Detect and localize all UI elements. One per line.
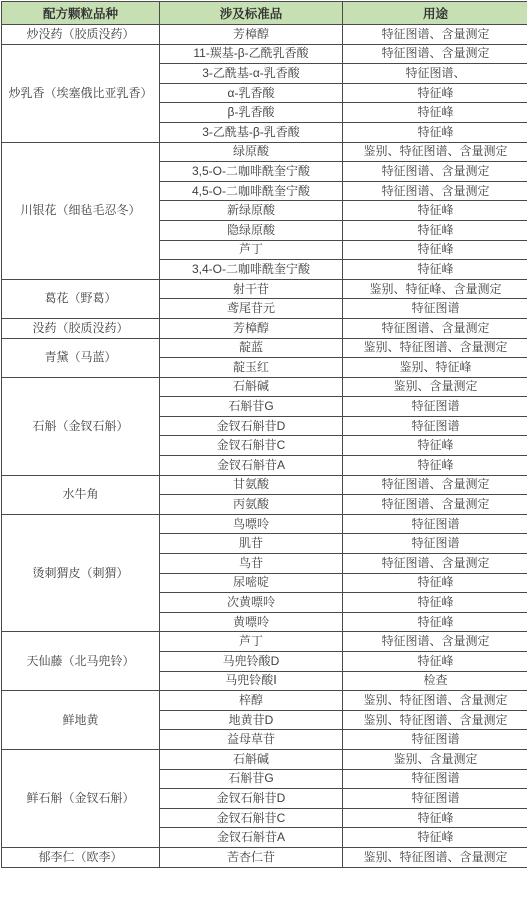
standard-cell: 金钗石斛苷D bbox=[160, 416, 343, 436]
standard-cell: 芳樟醇 bbox=[160, 25, 343, 45]
standard-cell: 4,5-O-二咖啡酰奎宁酸 bbox=[160, 181, 343, 201]
table-row: 鲜石斛（金钗石斛）石斛碱鉴别、含量测定 bbox=[2, 749, 527, 769]
standard-cell: 芦丁 bbox=[160, 240, 343, 260]
standard-cell: 3,4-O-二咖啡酰奎宁酸 bbox=[160, 260, 343, 280]
usage-cell: 特征峰 bbox=[343, 456, 527, 476]
usage-cell: 特征图谱、含量测定 bbox=[343, 162, 527, 182]
standard-cell: 石斛碱 bbox=[160, 749, 343, 769]
standard-cell: 地黄苷D bbox=[160, 710, 343, 730]
standard-cell: 金钗石斛苷D bbox=[160, 789, 343, 809]
column-header-variety: 配方颗粒品种 bbox=[2, 2, 160, 25]
usage-cell: 特征峰 bbox=[343, 201, 527, 221]
standard-cell: 金钗石斛苷C bbox=[160, 436, 343, 456]
standard-cell: 石斛苷G bbox=[160, 397, 343, 417]
page: 配方颗粒品种 涉及标准品 用途 炒没药（胶质没药）芳樟醇特征图谱、含量测定炒乳香… bbox=[0, 0, 527, 912]
standard-cell: 石斛苷G bbox=[160, 769, 343, 789]
table-row: 天仙藤（北马兜铃）芦丁特征图谱、含量测定 bbox=[2, 632, 527, 652]
variety-cell: 葛花（野葛） bbox=[2, 279, 160, 318]
table-row: 葛花（野葛）射干苷鉴别、特征峰、含量测定 bbox=[2, 279, 527, 299]
usage-cell: 特征图谱 bbox=[343, 769, 527, 789]
standard-cell: 苦杏仁苷 bbox=[160, 847, 343, 867]
usage-cell: 特征图谱 bbox=[343, 397, 527, 417]
standard-cell: 黄嘌呤 bbox=[160, 612, 343, 632]
table-header: 配方颗粒品种 涉及标准品 用途 bbox=[2, 2, 527, 25]
standard-cell: 益母草苷 bbox=[160, 730, 343, 750]
variety-cell: 炒没药（胶质没药） bbox=[2, 25, 160, 45]
standard-cell: 甘氨酸 bbox=[160, 475, 343, 495]
table-row: 水牛角甘氨酸特征图谱、含量测定 bbox=[2, 475, 527, 495]
standard-cell: 梓醇 bbox=[160, 691, 343, 711]
usage-cell: 检查 bbox=[343, 671, 527, 691]
usage-cell: 鉴别、含量测定 bbox=[343, 377, 527, 397]
usage-cell: 特征峰 bbox=[343, 103, 527, 123]
usage-cell: 特征峰 bbox=[343, 240, 527, 260]
column-header-usage: 用途 bbox=[343, 2, 527, 25]
standard-cell: 鸢尾苷元 bbox=[160, 299, 343, 319]
usage-cell: 特征图谱、含量测定 bbox=[343, 44, 527, 64]
standard-cell: 射干苷 bbox=[160, 279, 343, 299]
table-row: 没药（胶质没药）芳樟醇特征图谱、含量测定 bbox=[2, 318, 527, 338]
variety-cell: 郁李仁（欧李） bbox=[2, 847, 160, 867]
table-row: 炒乳香（埃塞俄比亚乳香）11-羰基-β-乙酰乳香酸特征图谱、含量测定 bbox=[2, 44, 527, 64]
standard-cell: β-乳香酸 bbox=[160, 103, 343, 123]
variety-cell: 鲜石斛（金钗石斛） bbox=[2, 749, 160, 847]
table-row: 鲜地黄梓醇鉴别、特征图谱、含量测定 bbox=[2, 691, 527, 711]
standard-cell: 石斛碱 bbox=[160, 377, 343, 397]
standard-cell: 芳樟醇 bbox=[160, 318, 343, 338]
variety-cell: 石斛（金钗石斛） bbox=[2, 377, 160, 475]
variety-cell: 水牛角 bbox=[2, 475, 160, 514]
variety-cell: 鲜地黄 bbox=[2, 691, 160, 750]
usage-cell: 鉴别、特征图谱、含量测定 bbox=[343, 142, 527, 162]
table-row: 川银花（细毡毛忍冬）绿原酸鉴别、特征图谱、含量测定 bbox=[2, 142, 527, 162]
standard-cell: 3-乙酰基-β-乳香酸 bbox=[160, 122, 343, 142]
standard-cell: 11-羰基-β-乙酰乳香酸 bbox=[160, 44, 343, 64]
standard-cell: 靛玉红 bbox=[160, 358, 343, 378]
usage-cell: 特征图谱 bbox=[343, 299, 527, 319]
usage-cell: 特征峰 bbox=[343, 260, 527, 280]
usage-cell: 特征图谱、含量测定 bbox=[343, 25, 527, 45]
standard-cell: 3-乙酰基-α-乳香酸 bbox=[160, 64, 343, 84]
variety-cell: 天仙藤（北马兜铃） bbox=[2, 632, 160, 691]
usage-cell: 特征峰 bbox=[343, 828, 527, 848]
table-body: 炒没药（胶质没药）芳樟醇特征图谱、含量测定炒乳香（埃塞俄比亚乳香）11-羰基-β… bbox=[2, 25, 527, 868]
variety-cell: 没药（胶质没药） bbox=[2, 318, 160, 338]
variety-cell: 青黛（马蓝） bbox=[2, 338, 160, 377]
table-row: 炒没药（胶质没药）芳樟醇特征图谱、含量测定 bbox=[2, 25, 527, 45]
standard-cell: 鸟嘌呤 bbox=[160, 514, 343, 534]
standard-cell: 芦丁 bbox=[160, 632, 343, 652]
column-header-standard: 涉及标准品 bbox=[160, 2, 343, 25]
usage-cell: 特征图谱、含量测定 bbox=[343, 181, 527, 201]
usage-cell: 特征图谱、含量测定 bbox=[343, 632, 527, 652]
standard-cell: 肌苷 bbox=[160, 534, 343, 554]
usage-cell: 鉴别、特征图谱、含量测定 bbox=[343, 691, 527, 711]
standard-cell: 鸟苷 bbox=[160, 554, 343, 574]
usage-cell: 特征图谱 bbox=[343, 789, 527, 809]
standard-cell: 靛蓝 bbox=[160, 338, 343, 358]
standard-cell: 金钗石斛苷A bbox=[160, 456, 343, 476]
table-row: 郁李仁（欧李）苦杏仁苷鉴别、特征图谱、含量测定 bbox=[2, 847, 527, 867]
table-row: 青黛（马蓝）靛蓝鉴别、特征图谱、含量测定 bbox=[2, 338, 527, 358]
usage-cell: 特征峰 bbox=[343, 808, 527, 828]
usage-cell: 特征图谱 bbox=[343, 534, 527, 554]
usage-cell: 鉴别、特征图谱、含量测定 bbox=[343, 710, 527, 730]
usage-cell: 特征峰 bbox=[343, 612, 527, 632]
standard-cell: 新绿原酸 bbox=[160, 201, 343, 221]
standard-cell: 金钗石斛苷A bbox=[160, 828, 343, 848]
usage-cell: 鉴别、含量测定 bbox=[343, 749, 527, 769]
variety-cell: 烫刺猬皮（刺猬） bbox=[2, 514, 160, 632]
standards-table: 配方颗粒品种 涉及标准品 用途 炒没药（胶质没药）芳樟醇特征图谱、含量测定炒乳香… bbox=[1, 1, 527, 868]
usage-cell: 特征峰 bbox=[343, 122, 527, 142]
standard-cell: 隐绿原酸 bbox=[160, 220, 343, 240]
variety-cell: 川银花（细毡毛忍冬） bbox=[2, 142, 160, 279]
standard-cell: 丙氨酸 bbox=[160, 495, 343, 515]
standard-cell: 3,5-O-二咖啡酰奎宁酸 bbox=[160, 162, 343, 182]
usage-cell: 特征峰 bbox=[343, 220, 527, 240]
usage-cell: 特征峰 bbox=[343, 83, 527, 103]
usage-cell: 特征峰 bbox=[343, 573, 527, 593]
standard-cell: 尿嘧啶 bbox=[160, 573, 343, 593]
usage-cell: 特征图谱 bbox=[343, 730, 527, 750]
usage-cell: 鉴别、特征峰 bbox=[343, 358, 527, 378]
usage-cell: 特征图谱、含量测定 bbox=[343, 475, 527, 495]
usage-cell: 特征图谱、含量测定 bbox=[343, 495, 527, 515]
standard-cell: 绿原酸 bbox=[160, 142, 343, 162]
standard-cell: 次黄嘌呤 bbox=[160, 593, 343, 613]
usage-cell: 特征峰 bbox=[343, 593, 527, 613]
header-row: 配方颗粒品种 涉及标准品 用途 bbox=[2, 2, 527, 25]
usage-cell: 特征图谱 bbox=[343, 514, 527, 534]
usage-cell: 特征图谱 bbox=[343, 416, 527, 436]
standard-cell: α-乳香酸 bbox=[160, 83, 343, 103]
usage-cell: 鉴别、特征峰、含量测定 bbox=[343, 279, 527, 299]
usage-cell: 特征峰 bbox=[343, 652, 527, 672]
usage-cell: 特征峰 bbox=[343, 436, 527, 456]
usage-cell: 特征图谱、含量测定 bbox=[343, 554, 527, 574]
standard-cell: 马兜铃酸D bbox=[160, 652, 343, 672]
usage-cell: 特征图谱、 bbox=[343, 64, 527, 84]
standard-cell: 马兜铃酸Ⅰ bbox=[160, 671, 343, 691]
variety-cell: 炒乳香（埃塞俄比亚乳香） bbox=[2, 44, 160, 142]
table-row: 烫刺猬皮（刺猬）鸟嘌呤特征图谱 bbox=[2, 514, 527, 534]
usage-cell: 鉴别、特征图谱、含量测定 bbox=[343, 338, 527, 358]
table-row: 石斛（金钗石斛）石斛碱鉴别、含量测定 bbox=[2, 377, 527, 397]
standard-cell: 金钗石斛苷C bbox=[160, 808, 343, 828]
usage-cell: 鉴别、特征图谱、含量测定 bbox=[343, 847, 527, 867]
usage-cell: 特征图谱、含量测定 bbox=[343, 318, 527, 338]
